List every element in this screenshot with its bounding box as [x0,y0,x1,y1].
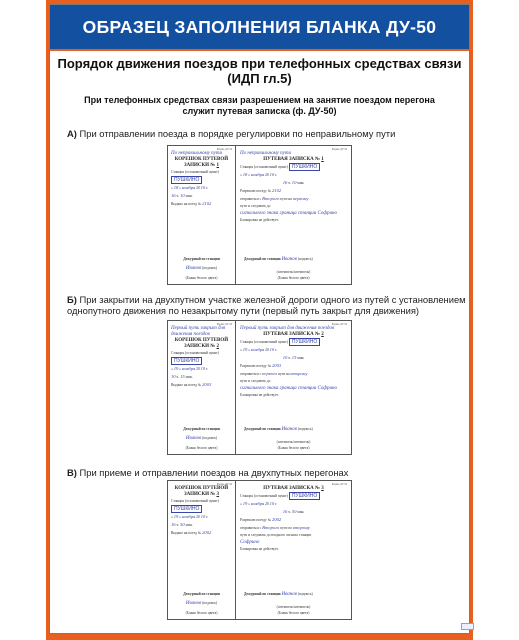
form-main: Форма ДУ-50 По неправильному пути ПУТЕВА… [236,146,351,284]
form-main: Форма ДУ-50 Первый путь закрыт для движе… [236,321,351,454]
station-stamp: ПУШКИНО [289,492,320,500]
form-stub: Форма ДУ-50 Первый путь закрыт для движе… [168,321,236,454]
du50-form: Форма ДУ-50 Первый путь закрыт для движе… [167,320,352,455]
corner-logo [461,623,474,630]
subtitle: Порядок движения поездов при телефонных … [50,56,469,86]
station-stamp: ПУШКИНО [289,338,320,346]
section-heading: Б) При закрытии на двухпутном участке же… [67,294,467,316]
section-heading: В) При приеме и отправлении поездов на д… [67,467,467,478]
station-stamp: ПУШКИНО [289,163,320,171]
poster-title: ОБРАЗЕЦ ЗАПОЛНЕНИЯ БЛАНКА ДУ-50 [83,17,437,38]
du50-form: Форма ДУ-50 По неправильному пути КОРЕШО… [167,145,352,285]
station-stamp: ПУШКИНО [171,505,202,513]
poster-header: ОБРАЗЕЦ ЗАПОЛНЕНИЯ БЛАНКА ДУ-50 [50,5,469,51]
du50-form: Форма ДУ-50 КОРЕШОК ПУТЕВОЙ ЗАПИСКИ № 3 … [167,480,352,620]
form-stub: Форма ДУ-50 По неправильному пути КОРЕШО… [168,146,236,284]
form-stub: Форма ДУ-50 КОРЕШОК ПУТЕВОЙ ЗАПИСКИ № 3 … [168,481,236,619]
intro: При телефонных средствах связи разрешени… [50,95,469,117]
form-main: Форма ДУ-50 ПУТЕВАЯ ЗАПИСКА № 3 Станция … [236,481,351,619]
station-stamp: ПУШКИНО [171,176,202,184]
station-stamp: ПУШКИНО [171,357,202,365]
section-heading: А) При отправлении поезда в порядке регу… [67,128,467,139]
